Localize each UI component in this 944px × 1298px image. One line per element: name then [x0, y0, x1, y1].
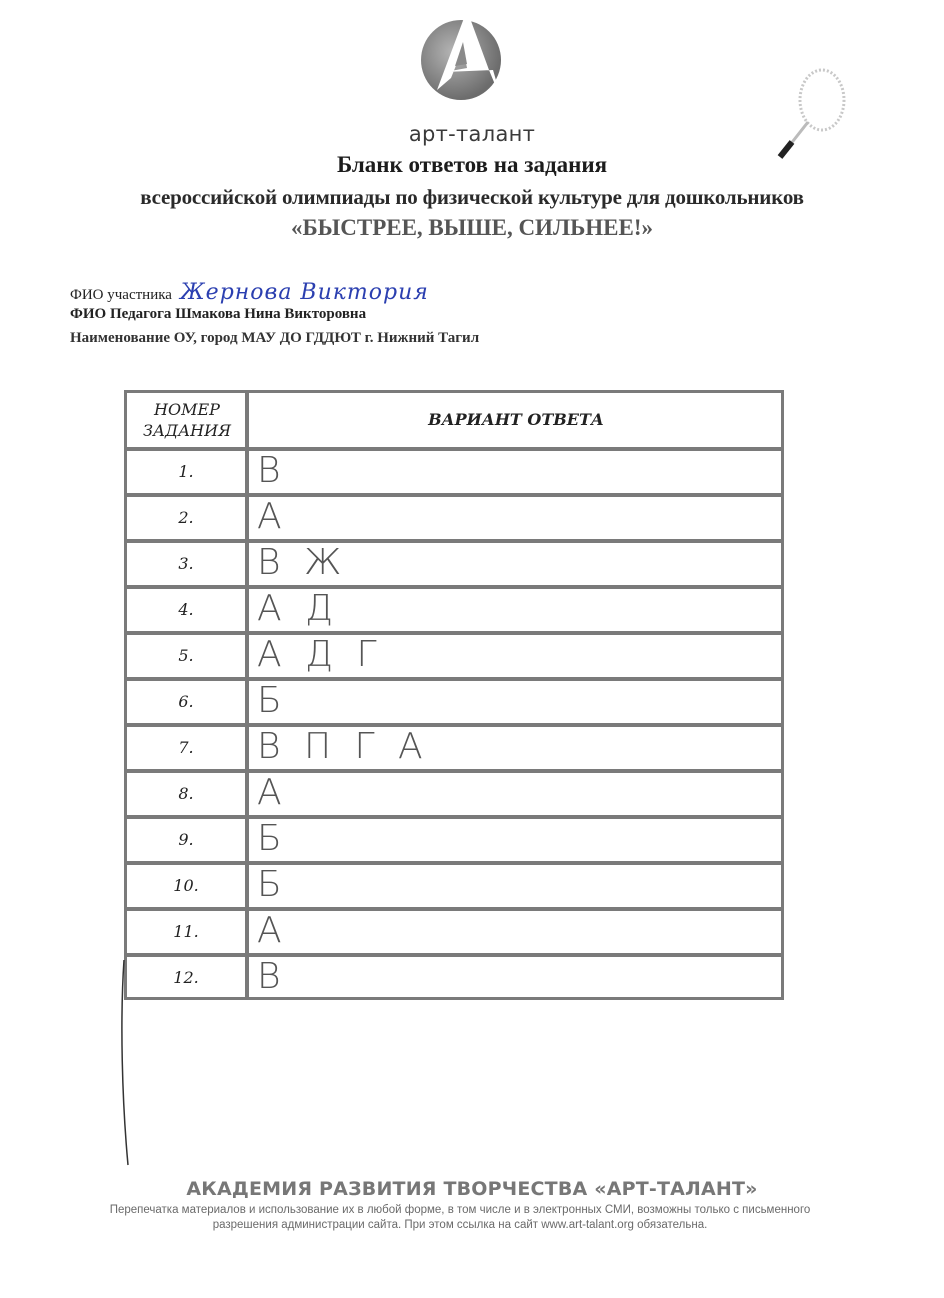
organization-row: Наименование ОУ, город МАУ ДО ГДДЮТ г. Н…: [70, 330, 479, 347]
academy-name: АКАДЕМИЯ РАЗВИТИЯ ТВОРЧЕСТВА «АРТ-ТАЛАНТ…: [0, 1178, 944, 1200]
handwritten-answer: А Д Г: [257, 631, 383, 679]
task-number: 1.: [127, 451, 245, 493]
header-answer-variant: ВАРИАНТ ОТВЕТА: [251, 393, 781, 447]
participant-name-value: Жернова Виктория: [180, 280, 429, 305]
handwritten-answer: Б: [257, 677, 288, 725]
task-number: 12.: [127, 957, 245, 999]
table-row: 2.А: [127, 497, 781, 543]
table-header: НОМЕР ЗАДАНИЯ ВАРИАНТ ОТВЕТА: [127, 393, 781, 451]
handwritten-answer: Б: [257, 861, 288, 909]
handwritten-answer: А: [257, 907, 288, 955]
table-row: 8.А: [127, 773, 781, 819]
header-task-number-line1: НОМЕР: [127, 399, 247, 420]
participant-name-label: ФИО участника: [70, 287, 172, 303]
art-talant-logo-icon: [415, 8, 511, 104]
organization-value: МАУ ДО ГДДЮТ г. Нижний Тагил: [241, 330, 479, 346]
table-row: 10.Б: [127, 865, 781, 911]
answer-table: НОМЕР ЗАДАНИЯ ВАРИАНТ ОТВЕТА 1.В2.А3.В Ж…: [124, 390, 784, 1000]
pen-margin-line: [118, 960, 138, 1170]
olympiad-subtitle: всероссийской олимпиады по физической ку…: [0, 185, 944, 210]
task-number: 6.: [127, 681, 245, 723]
olympiad-name: «БЫСТРЕЕ, ВЫШЕ, СИЛЬНЕЕ!»: [0, 215, 944, 241]
table-row: 12.В: [127, 957, 781, 1003]
teacher-row: ФИО Педагога Шмакова Нина Викторовна: [70, 306, 366, 323]
handwritten-answer: В: [257, 953, 287, 1001]
task-number: 10.: [127, 865, 245, 907]
handwritten-answer: В Ж: [257, 539, 347, 587]
task-number: 3.: [127, 543, 245, 585]
copyright-notice: Перепечатка материалов и использование и…: [90, 1203, 830, 1233]
handwritten-answer: В П Г А: [257, 723, 429, 771]
table-row: 6.Б: [127, 681, 781, 727]
task-number: 7.: [127, 727, 245, 769]
header-task-number: НОМЕР ЗАДАНИЯ: [127, 393, 247, 447]
task-number: 5.: [127, 635, 245, 677]
task-number: 4.: [127, 589, 245, 631]
handwritten-answer: А Д: [257, 585, 339, 633]
handwritten-answer: А: [257, 769, 288, 817]
participant-name-row: ФИО участникаЖернова Виктория: [70, 280, 429, 305]
task-number: 8.: [127, 773, 245, 815]
table-row: 3.В Ж: [127, 543, 781, 589]
header-task-number-line2: ЗАДАНИЯ: [127, 420, 247, 441]
table-row: 11.А: [127, 911, 781, 957]
teacher-label: ФИО Педагога: [70, 306, 171, 322]
table-row: 5.А Д Г: [127, 635, 781, 681]
teacher-value: Шмакова Нина Викторовна: [175, 306, 366, 322]
task-number: 2.: [127, 497, 245, 539]
table-row: 7.В П Г А: [127, 727, 781, 773]
handwritten-answer: В: [257, 447, 287, 495]
handwritten-answer: А: [257, 493, 288, 541]
organization-label: Наименование ОУ, город: [70, 330, 238, 346]
table-row: 4.А Д: [127, 589, 781, 635]
task-number: 11.: [127, 911, 245, 953]
handwritten-answer: Б: [257, 815, 288, 863]
task-number: 9.: [127, 819, 245, 861]
table-row: 9.Б: [127, 819, 781, 865]
tennis-racket-icon: [770, 60, 860, 160]
table-row: 1.В: [127, 451, 781, 497]
